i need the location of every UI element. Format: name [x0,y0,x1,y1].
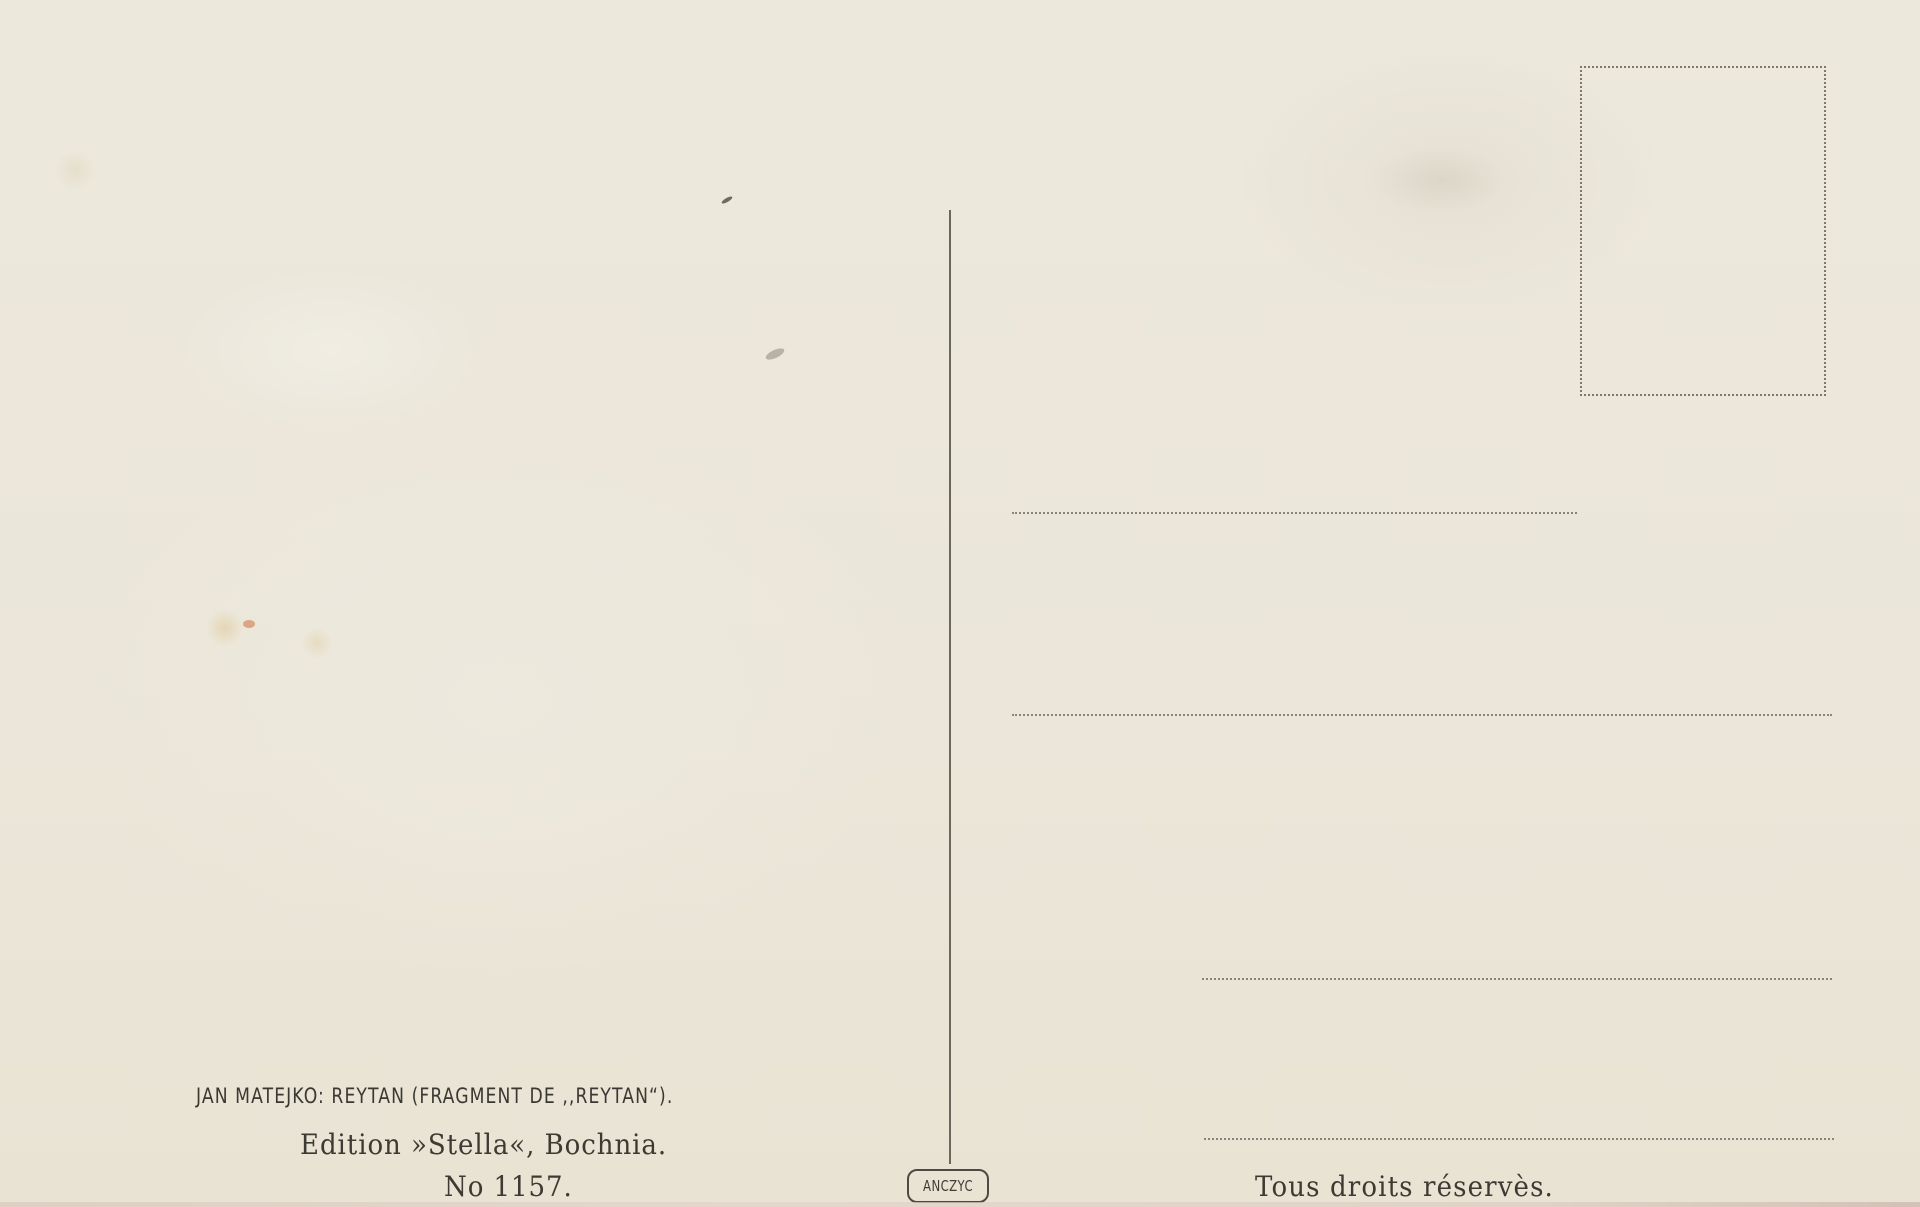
foxing-stain [300,628,334,658]
printer-mark-badge: ANCZYC [907,1169,989,1203]
vertical-divider-line [949,210,951,1164]
printer-mark-text: ANCZYC [923,1177,973,1195]
address-line-4 [1204,1138,1834,1140]
address-line-3 [1202,978,1832,980]
postcard-back: JAN MATEJKO: REYTAN (FRAGMENT DE ,,REYTA… [0,0,1920,1207]
stamp-placeholder-box [1580,66,1826,396]
address-line-2 [1012,714,1832,716]
ink-speck [764,346,786,362]
address-line-1 [1012,512,1577,514]
smudge [1370,145,1510,215]
publisher-line: Edition »Stella«, Bochnia. [300,1128,667,1161]
ink-speck [721,195,733,204]
foxing-stain [243,620,255,628]
card-number: No 1157. [444,1170,573,1203]
foxing-stain [55,150,95,190]
foxing-stain [205,610,245,646]
artwork-caption: JAN MATEJKO: REYTAN (FRAGMENT DE ,,REYTA… [196,1084,673,1108]
card-bottom-edge [0,1202,1920,1207]
rights-notice: Tous droits réservès. [1255,1170,1554,1203]
